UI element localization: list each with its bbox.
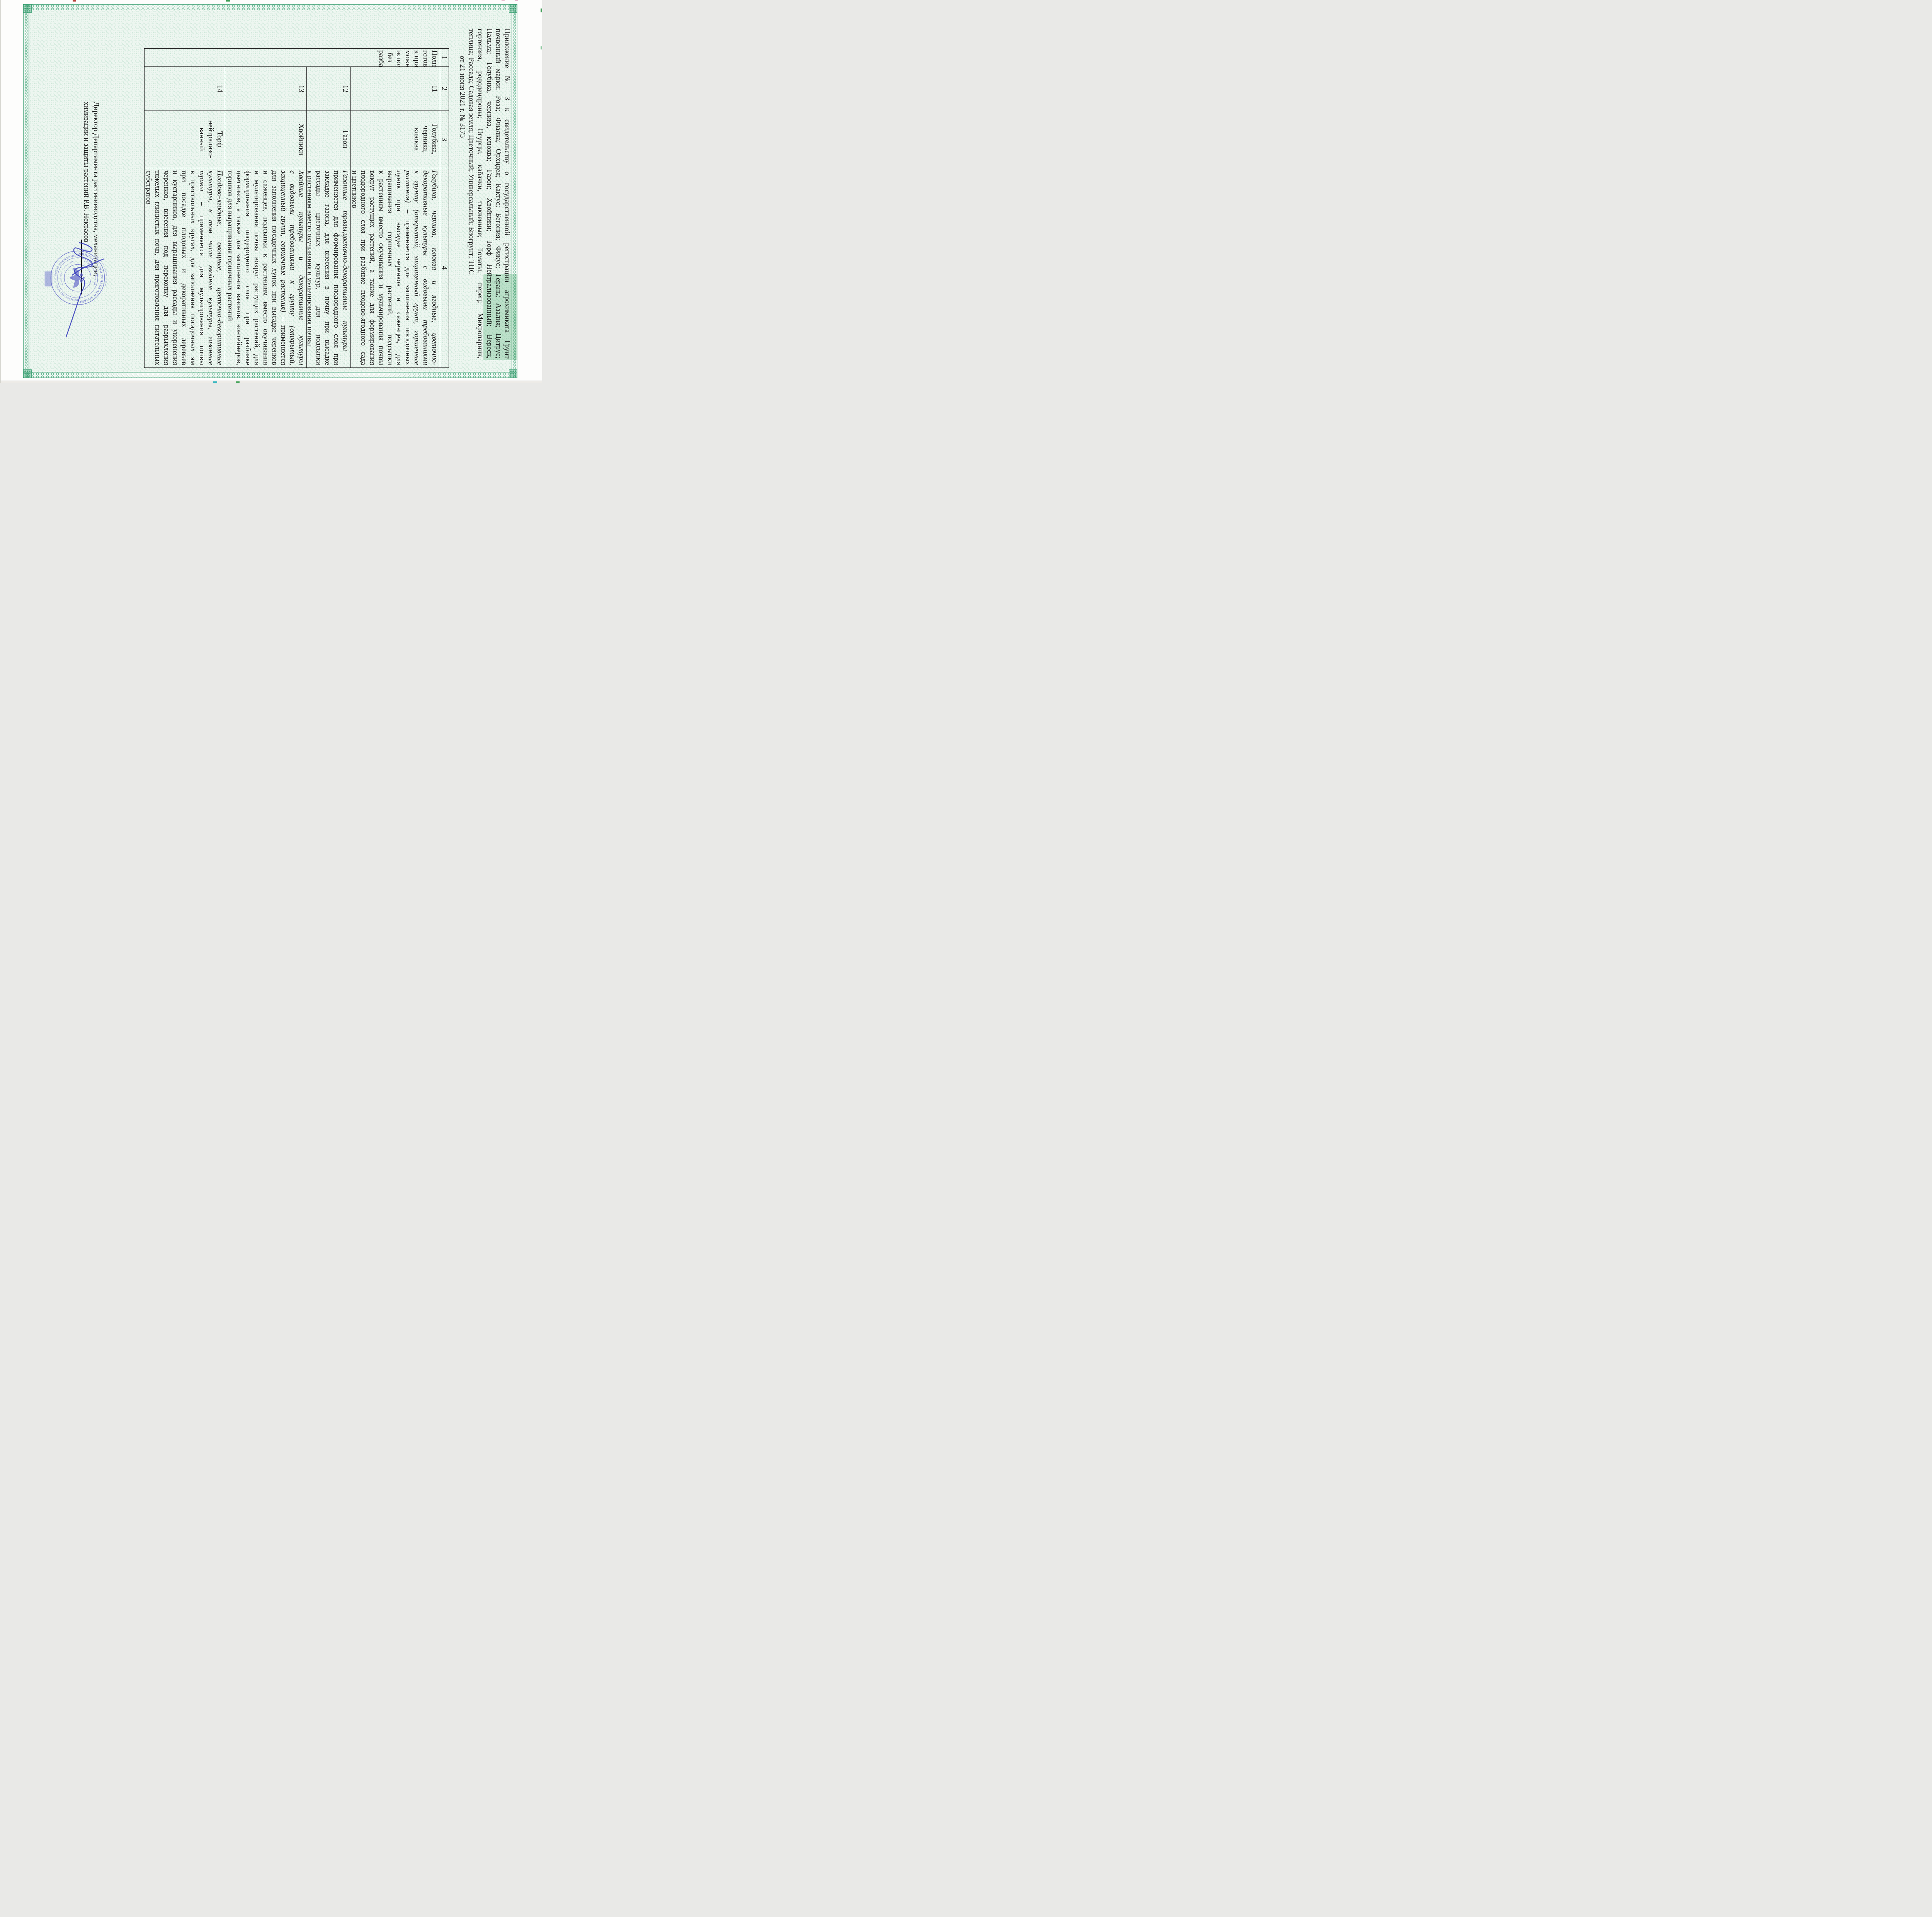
frame-corner-ornament (509, 4, 517, 13)
column-number-3: 3 (440, 111, 449, 168)
signatory-name-line: химизации и защиты растений Р.В. Некрасо… (82, 102, 90, 242)
scan-artifact (226, 0, 230, 2)
usage-cell: Хвойные культуры и декоративные культуры… (225, 168, 306, 367)
green-highlighter-mark (483, 274, 517, 360)
security-frame-right (23, 372, 517, 378)
column-number-2: 2 (440, 67, 449, 111)
column-number-1: 1 (440, 49, 449, 67)
scan-artifact (213, 381, 217, 383)
row-number: 11 (350, 67, 440, 111)
row-number: 13 (225, 67, 306, 111)
scanned-document-canvas: Приложение № 3 к свидетельству о государ… (0, 0, 542, 383)
blue-ink-smudge (45, 271, 52, 286)
scan-artifact (236, 381, 240, 383)
row-number: 14 (145, 67, 225, 111)
handwritten-signature (63, 232, 109, 344)
frame-corner-ornament (23, 4, 32, 13)
paper-edge-shadow (0, 381, 542, 383)
usage-cell: Газонные травы,цветочно-декоративные кул… (306, 168, 350, 367)
frame-corner-ornament (23, 369, 32, 378)
brand-name-cell: Хвойники (225, 111, 306, 168)
security-frame-bottom (23, 4, 29, 378)
scan-artifact (515, 0, 518, 1)
scan-artifact (73, 0, 76, 2)
usage-cell: Голубика, черника, клюква и ягодные, цве… (350, 168, 440, 367)
brand-name-cell: Голубика,черника,клюква (350, 111, 440, 168)
scan-artifact (502, 0, 505, 1)
registration-table: 1 2 3 4 11 Голубика,черника,клюква Полно… (144, 48, 449, 368)
usage-cell: Плодово-ягодные, овощные, цветочно-декор… (145, 168, 225, 367)
column-number-4: 4 (440, 168, 449, 367)
security-frame-left (23, 4, 517, 10)
brand-name-cell: Торфнейтрализо-ванный (145, 111, 225, 168)
brand-name-cell: Газон (306, 111, 350, 168)
scanner-edge-shadow (0, 0, 1, 383)
header-line: теплица; Рассада; Садовая земля; Цветочн… (467, 29, 476, 359)
readiness-cell-merged: Полностьюготовк применению,можноиспользо… (145, 49, 440, 67)
frame-corner-ornament (509, 369, 517, 378)
registration-date-line: от 21 июня 2021 г. № 3175 (458, 56, 467, 138)
scan-artifact (541, 9, 542, 12)
certificate-appendix-page: Приложение № 3 к свидетельству о государ… (0, 0, 542, 383)
row-number: 12 (306, 67, 350, 111)
scan-artifact (541, 46, 542, 49)
